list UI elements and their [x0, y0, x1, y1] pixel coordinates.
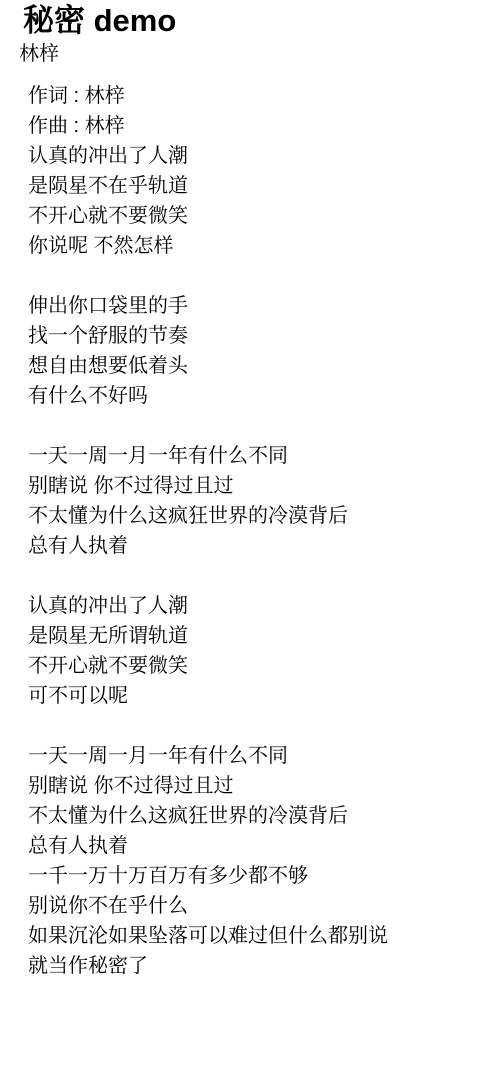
lyric-line: 想自由想要低着头 [28, 351, 500, 381]
credits: 作词 : 林梓作曲 : 林梓 [28, 81, 500, 141]
lyric-line: 总有人执着 [28, 531, 500, 561]
lyric-line: 如果沉沦如果坠落可以难过但什么都别说 [28, 921, 500, 951]
lyric-line: 不开心就不要微笑 [28, 201, 500, 231]
lyric-line: 认真的冲出了人潮 [28, 591, 500, 621]
lyric-line: 一天一周一月一年有什么不同 [28, 741, 500, 771]
lyric-line: 可不可以呢 [28, 681, 500, 711]
lyric-line: 就当作秘密了 [28, 951, 500, 981]
lyric-line: 认真的冲出了人潮 [28, 141, 500, 171]
artist-name: 林梓 [19, 42, 500, 66]
lyrics-body: 作词 : 林梓作曲 : 林梓认真的冲出了人潮是陨星不在乎轨道不开心就不要微笑你说… [28, 81, 500, 981]
stanza-2: 伸出你口袋里的手找一个舒服的节奏想自由想要低着头有什么不好吗 [28, 291, 500, 411]
lyric-line: 是陨星无所谓轨道 [28, 621, 500, 651]
stanza-5: 一天一周一月一年有什么不同别瞎说 你不过得过且过不太懂为什么这疯狂世界的冷漠背后… [28, 741, 500, 981]
lyric-line: 作曲 : 林梓 [28, 111, 500, 141]
lyric-line: 找一个舒服的节奏 [28, 321, 500, 351]
lyrics-page: 秘密 demo 林梓 作词 : 林梓作曲 : 林梓认真的冲出了人潮是陨星不在乎轨… [0, 2, 500, 981]
lyric-line: 不太懂为什么这疯狂世界的冷漠背后 [28, 501, 500, 531]
lyric-line: 不开心就不要微笑 [28, 651, 500, 681]
lyric-line: 总有人执着 [28, 831, 500, 861]
lyric-line: 有什么不好吗 [28, 381, 500, 411]
lyric-line: 伸出你口袋里的手 [28, 291, 500, 321]
lyric-line: 一天一周一月一年有什么不同 [28, 441, 500, 471]
stanza-1: 认真的冲出了人潮是陨星不在乎轨道不开心就不要微笑你说呢 不然怎样 [28, 141, 500, 261]
lyric-line: 不太懂为什么这疯狂世界的冷漠背后 [28, 801, 500, 831]
lyric-line: 作词 : 林梓 [28, 81, 500, 111]
lyric-line: 是陨星不在乎轨道 [28, 171, 500, 201]
stanza-3: 一天一周一月一年有什么不同别瞎说 你不过得过且过不太懂为什么这疯狂世界的冷漠背后… [28, 441, 500, 561]
lyric-line: 别说你不在乎什么 [28, 891, 500, 921]
stanza-4: 认真的冲出了人潮是陨星无所谓轨道不开心就不要微笑可不可以呢 [28, 591, 500, 711]
lyric-line: 你说呢 不然怎样 [28, 231, 500, 261]
lyric-line: 一千一万十万百万有多少都不够 [28, 861, 500, 891]
lyric-line: 别瞎说 你不过得过且过 [28, 771, 500, 801]
page-title: 秘密 demo [23, 2, 500, 39]
lyric-line: 别瞎说 你不过得过且过 [28, 471, 500, 501]
